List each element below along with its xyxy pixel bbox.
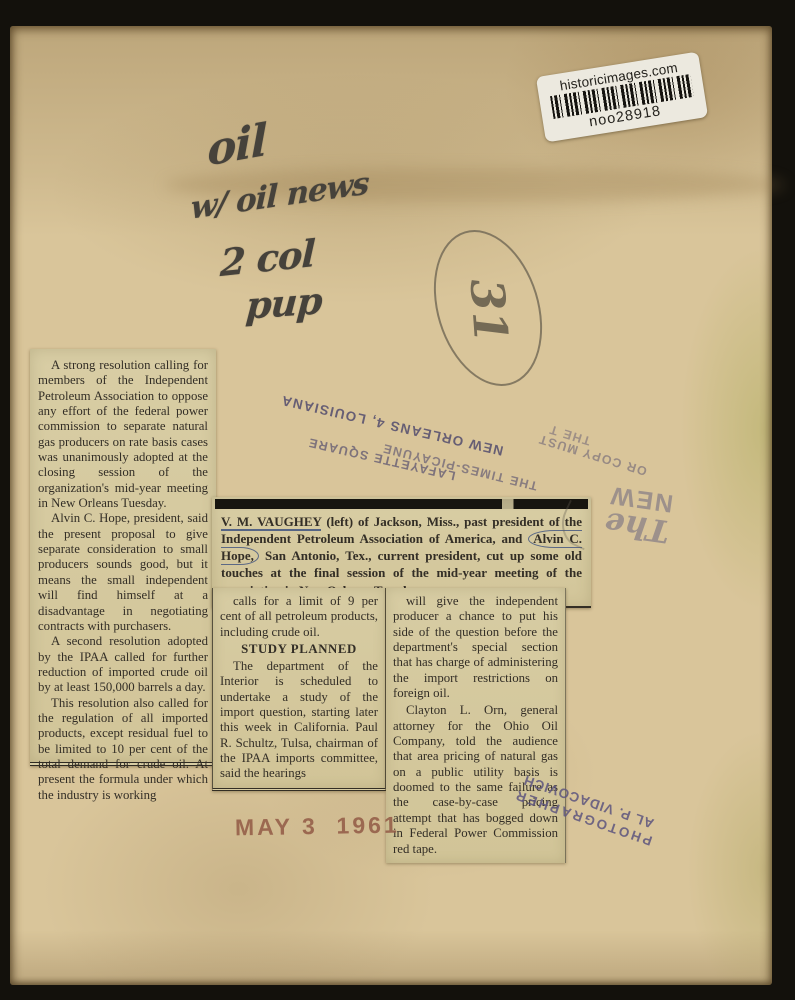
- article-paragraph: This resolution also called for the regu…: [38, 696, 208, 803]
- article-paragraph: Clayton L. Orn, general attorney for the…: [393, 703, 558, 856]
- column-left: calls for a limit of 9 per cent of all p…: [212, 588, 386, 791]
- photo-back-scan: { "colors": { "paper": "#d9c59a", "ink_a…: [0, 0, 795, 1000]
- article-paragraph: A strong resolution calling for members …: [38, 358, 208, 511]
- handwriting-pup: pup: [245, 278, 324, 328]
- clipping-two-column: calls for a limit of 9 per cent of all p…: [212, 588, 566, 863]
- article-paragraph: A second resolution adopted by the IPAA …: [38, 634, 208, 695]
- circled-number: 31: [460, 277, 518, 345]
- article-paragraph: will give the independent producer a cha…: [393, 594, 558, 701]
- handwriting-oil: oil: [207, 114, 266, 176]
- caption-top-bar: [215, 499, 588, 509]
- subheading-study-planned: STUDY PLANNED: [220, 642, 378, 657]
- caption-name-vaughey: V. M. VAUGHEY: [221, 514, 321, 531]
- article-paragraph: calls for a limit of 9 per cent of all p…: [220, 594, 378, 640]
- article-paragraph: Alvin C. Hope, president, said the prese…: [38, 511, 208, 634]
- clipping-left-article: A strong resolution calling for members …: [30, 349, 216, 766]
- article-paragraph: The department of the Interior is schedu…: [220, 659, 378, 782]
- column-right: will give the independent producer a cha…: [386, 588, 566, 863]
